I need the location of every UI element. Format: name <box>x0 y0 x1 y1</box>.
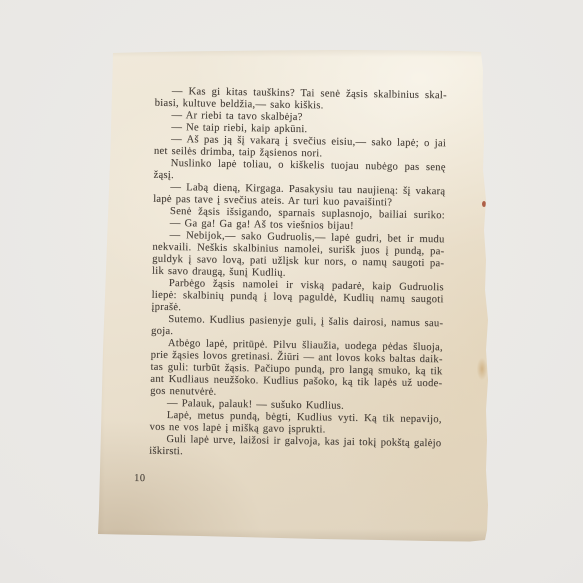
page-number: 10 <box>134 473 146 484</box>
page-text: — Kas gi kitas tauškins? Tai senė žąsis … <box>149 86 447 463</box>
rust-speck <box>485 145 489 150</box>
rust-speck <box>482 201 486 207</box>
book-page: — Kas gi kitas tauškins? Tai senė žąsis … <box>97 49 490 542</box>
paper-stain <box>475 354 489 384</box>
photo-backdrop: — Kas gi kitas tauškins? Tai senė žąsis … <box>0 0 583 583</box>
